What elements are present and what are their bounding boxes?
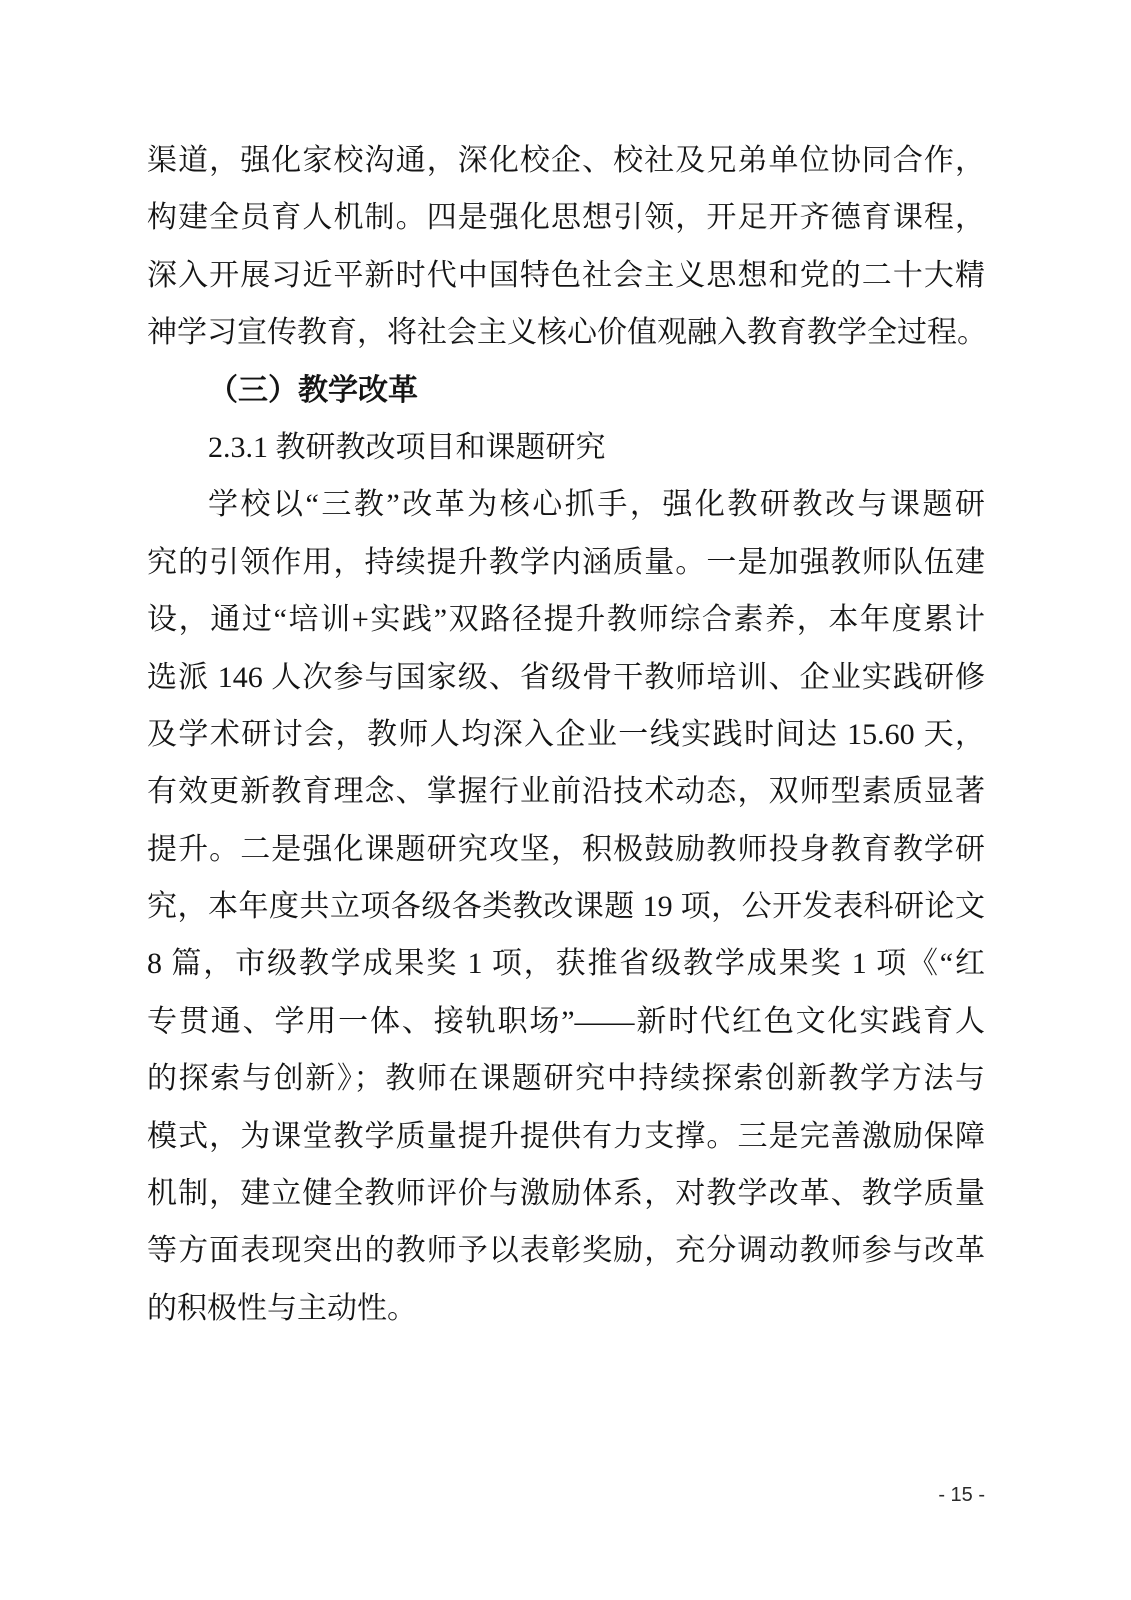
body-text-line: 及学术研讨会，教师人均深入企业一线实践时间达 15.60 天， (147, 706, 985, 763)
document-body: 渠道，强化家校沟通，深化校企、校社及兄弟单位协同合作，构建全员育人机制。四是强化… (147, 132, 985, 1337)
body-text-line: 等方面表现突出的教师予以表彰奖励，充分调动教师参与改革 (147, 1222, 985, 1279)
body-text-line: 8 篇，市级教学成果奖 1 项，获推省级教学成果奖 1 项《“红 (147, 935, 985, 992)
body-text-line: 选派 146 人次参与国家级、省级骨干教师培训、企业实践研修 (147, 649, 985, 706)
body-text-line: 渠道，强化家校沟通，深化校企、校社及兄弟单位协同合作， (147, 132, 985, 189)
body-text-line: 模式，为课堂教学质量提升提供有力支撑。三是完善激励保障 (147, 1108, 985, 1165)
body-text-line: 深入开展习近平新时代中国特色社会主义思想和党的二十大精 (147, 247, 985, 304)
body-text-line: 学校以“三教”改革为核心抓手，强化教研教改与课题研 (147, 476, 985, 533)
body-text-line: 神学习宣传教育，将社会主义核心价值观融入教育教学全过程。 (147, 304, 985, 361)
body-text-line: 有效更新教育理念、掌握行业前沿技术动态，双师型素质显著 (147, 763, 985, 820)
body-text-line: 专贯通、学用一体、接轨职场”——新时代红色文化实践育人 (147, 993, 985, 1050)
body-text-line: 机制，建立健全教师评价与激励体系，对教学改革、教学质量 (147, 1165, 985, 1222)
body-text-line: 提升。二是强化课题研究攻坚，积极鼓励教师投身教育教学研 (147, 821, 985, 878)
subsection-heading: 2.3.1 教研教改项目和课题研究 (147, 419, 985, 476)
body-text-line: 构建全员育人机制。四是强化思想引领，开足开齐德育课程， (147, 189, 985, 246)
body-text-line: 究，本年度共立项各级各类教改课题 19 项，公开发表科研论文 (147, 878, 985, 935)
page-number-label: - 15 - (938, 1484, 985, 1507)
document-page: 渠道，强化家校沟通，深化校企、校社及兄弟单位协同合作，构建全员育人机制。四是强化… (0, 0, 1131, 1600)
body-text-line: 设，通过“培训+实践”双路径提升教师综合素养，本年度累计 (147, 591, 985, 648)
body-text-line: 的探索与创新》；教师在课题研究中持续探索创新教学方法与 (147, 1050, 985, 1107)
body-text-line: 究的引领作用，持续提升教学内涵质量。一是加强教师队伍建 (147, 534, 985, 591)
body-text-line: 的积极性与主动性。 (147, 1280, 985, 1337)
section-heading: （三）教学改革 (147, 362, 985, 419)
